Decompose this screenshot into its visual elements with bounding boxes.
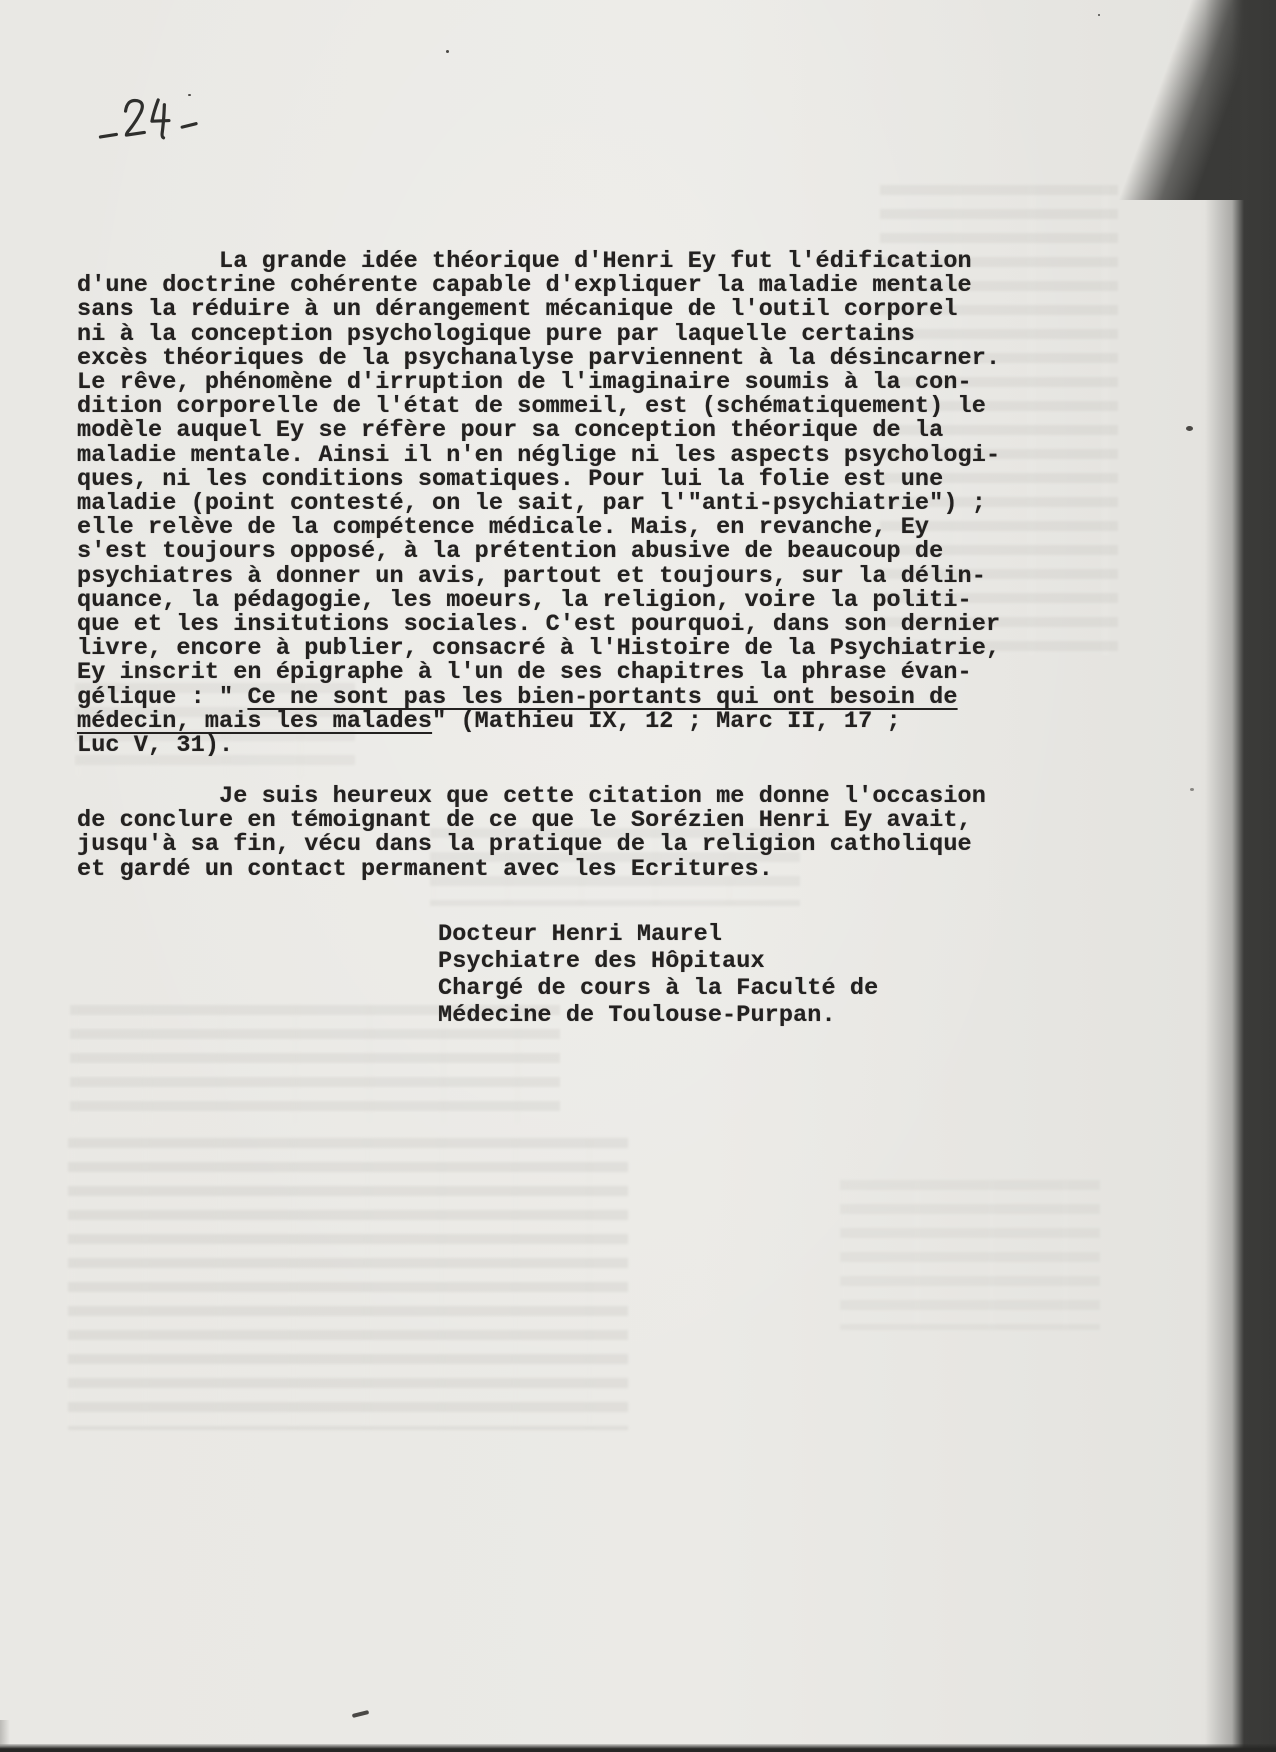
handwritten-24-drawing (91, 86, 223, 160)
text-line: elle relève de la compétence médicale. M… (77, 516, 1000, 540)
ink-speck (1190, 788, 1194, 791)
text-line: Médecine de Toulouse-Purpan. (438, 1002, 878, 1029)
signature-block: Docteur Henri MaurelPsychiatre des Hôpit… (438, 921, 878, 1029)
page-number-handwritten (91, 86, 223, 160)
document-paragraph-1: La grande idée théorique d'Henri Ey fut … (77, 250, 1000, 758)
text-line: s'est toujours opposé, à la prétention a… (77, 540, 1000, 564)
ink-speck (188, 94, 191, 96)
ink-speck (1186, 426, 1193, 431)
text-line: que et les insitutions sociales. C'est p… (77, 613, 1000, 637)
text-line: quance, la pédagogie, les moeurs, la rel… (77, 589, 1000, 613)
document-paragraph-2: Je suis heureux que cette citation me do… (77, 785, 986, 882)
text-line: livre, encore à publier, consacré à l'Hi… (77, 637, 1000, 661)
scanned-document-page: La grande idée théorique d'Henri Ey fut … (0, 0, 1276, 1752)
text-line: et gardé un contact permanent avec les E… (77, 858, 986, 882)
text-line: Je suis heureux que cette citation me do… (77, 785, 986, 809)
text-line: jusqu'à sa fin, vécu dans la pratique de… (77, 833, 986, 857)
ink-speck (1098, 14, 1100, 16)
text-line: maladie mentale. Ainsi il n'en néglige n… (77, 444, 1000, 468)
text-line: Psychiatre des Hôpitaux (438, 948, 878, 975)
text-line: La grande idée théorique d'Henri Ey fut … (77, 250, 1000, 274)
text-line: gélique : " Ce ne sont pas les bien-port… (77, 686, 1000, 710)
text-line: Ey inscrit en épigraphe à l'un de ses ch… (77, 661, 1000, 685)
bleedthrough-region (68, 1138, 628, 1430)
scan-bottom-edge (0, 1744, 1276, 1752)
text-line: Docteur Henri Maurel (438, 921, 878, 948)
text-line: excès théoriques de la psychanalyse parv… (77, 347, 1000, 371)
ink-speck (352, 1710, 369, 1718)
text-line: psychiatres à donner un avis, partout et… (77, 565, 1000, 589)
text-line: ques, ni les conditions somatiques. Pour… (77, 468, 1000, 492)
text-line: de conclure en témoignant de ce que le S… (77, 809, 986, 833)
bleedthrough-region (840, 1180, 1100, 1330)
scan-right-edge (1205, 0, 1276, 1752)
text-line: dition corporelle de l'état de sommeil, … (77, 395, 1000, 419)
text-line: Le rêve, phénomène d'irruption de l'imag… (77, 371, 1000, 395)
scan-corner-shadow (0, 1720, 10, 1746)
text-line: médecin, mais les malades" (Mathieu IX, … (77, 710, 1000, 734)
text-line: sans la réduire à un dérangement mécaniq… (77, 298, 1000, 322)
text-line: ni à la conception psychologique pure pa… (77, 323, 1000, 347)
text-line: Luc V, 31). (77, 734, 1000, 758)
text-line: modèle auquel Ey se réfère pour sa conce… (77, 419, 1000, 443)
text-line: maladie (point contesté, on le sait, par… (77, 492, 1000, 516)
text-line: Chargé de cours à la Faculté de (438, 975, 878, 1002)
ink-speck (446, 50, 449, 53)
text-line: d'une doctrine cohérente capable d'expli… (77, 274, 1000, 298)
